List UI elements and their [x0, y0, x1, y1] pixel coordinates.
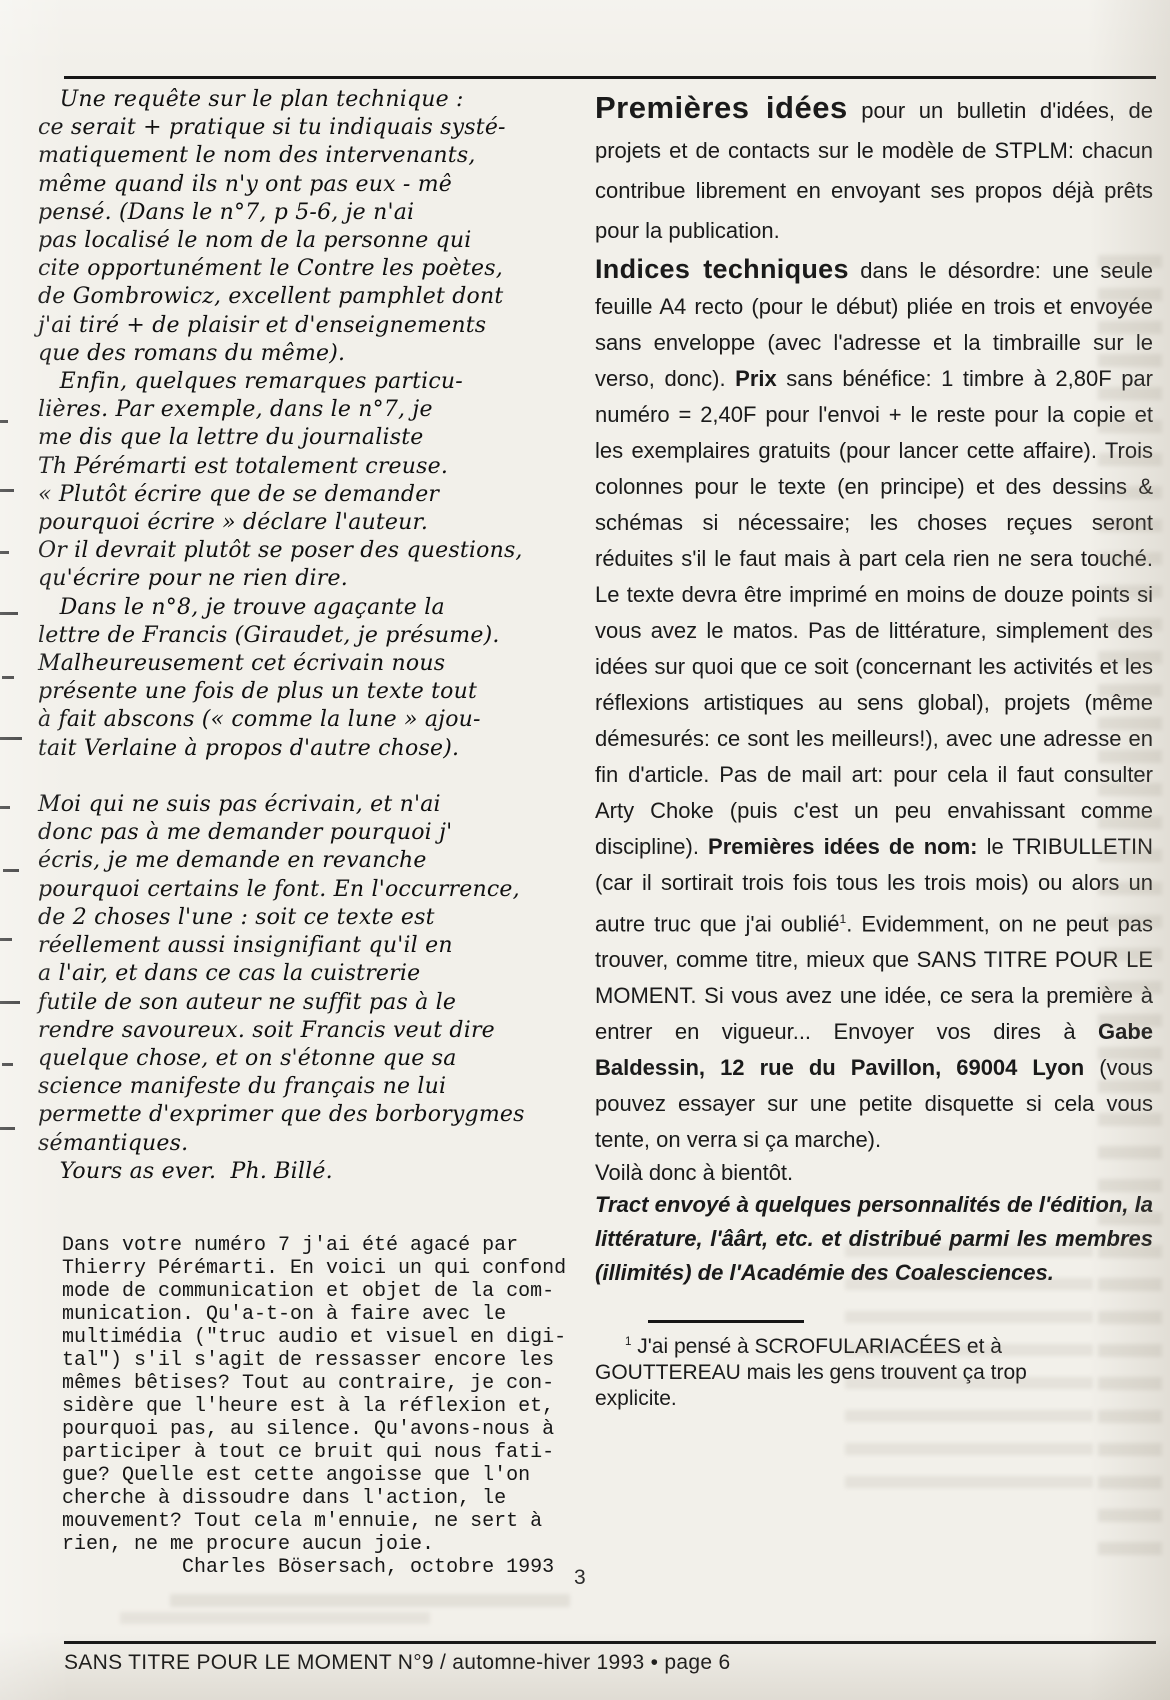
scan-artifact	[0, 1127, 15, 1130]
footnote-rule	[648, 1320, 804, 1323]
text-run: Premières idées	[595, 90, 848, 125]
scan-artifact	[0, 737, 22, 740]
scanned-zine-page: Une requête sur le plan technique : ce s…	[0, 0, 1170, 1700]
scan-artifact	[0, 420, 8, 423]
article-closing-line: Voilà donc à bientôt.	[595, 1158, 1153, 1188]
scan-artifact	[0, 489, 14, 492]
text-run: Premières idées de nom:	[708, 834, 977, 859]
text-run: Indices techniques	[595, 254, 849, 284]
scan-artifact	[2, 676, 14, 679]
footnote: 1 J'ai pensé à SCROFULARIACÉES et à GOUT…	[595, 1329, 1057, 1412]
footer-text: SANS TITRE POUR LE MOMENT N°9 / automne-…	[64, 1651, 730, 1675]
bleed-through-bottom-2	[120, 1612, 430, 1624]
text-run: sans bénéfice: 1 timbre à 2,80F par numé…	[595, 366, 1153, 859]
scan-artifact	[3, 869, 19, 872]
typewritten-letter: Dans votre numéro 7 j'ai été agacé par T…	[62, 1234, 566, 1579]
stray-scan-mark: 3	[574, 1566, 586, 1590]
scan-artifact	[0, 612, 18, 615]
text-run: J'ai pensé à SCROFULARIACÉES et à GOUTTE…	[595, 1335, 1027, 1410]
printed-article-column: Premières idées pour un bulletin d'idées…	[595, 88, 1153, 1412]
bleed-through-bottom-1	[170, 1594, 570, 1607]
article-intro-paragraph: Premières idées pour un bulletin d'idées…	[595, 88, 1153, 251]
scan-artifact	[2, 1063, 13, 1066]
scan-artifact	[0, 806, 10, 809]
scan-artifact	[0, 1001, 20, 1004]
top-rule	[64, 76, 1156, 79]
scan-artifact	[0, 551, 9, 554]
footer-rule	[64, 1641, 1156, 1644]
scan-artifact	[0, 938, 12, 941]
article-colophon: Tract envoyé à quelques personnalités de…	[595, 1188, 1153, 1290]
handwritten-letter: Une requête sur le plan technique : ce s…	[38, 86, 578, 1186]
article-technical-paragraph: Indices techniques dans le désordre: une…	[595, 251, 1153, 1158]
text-run: Prix	[735, 366, 777, 391]
